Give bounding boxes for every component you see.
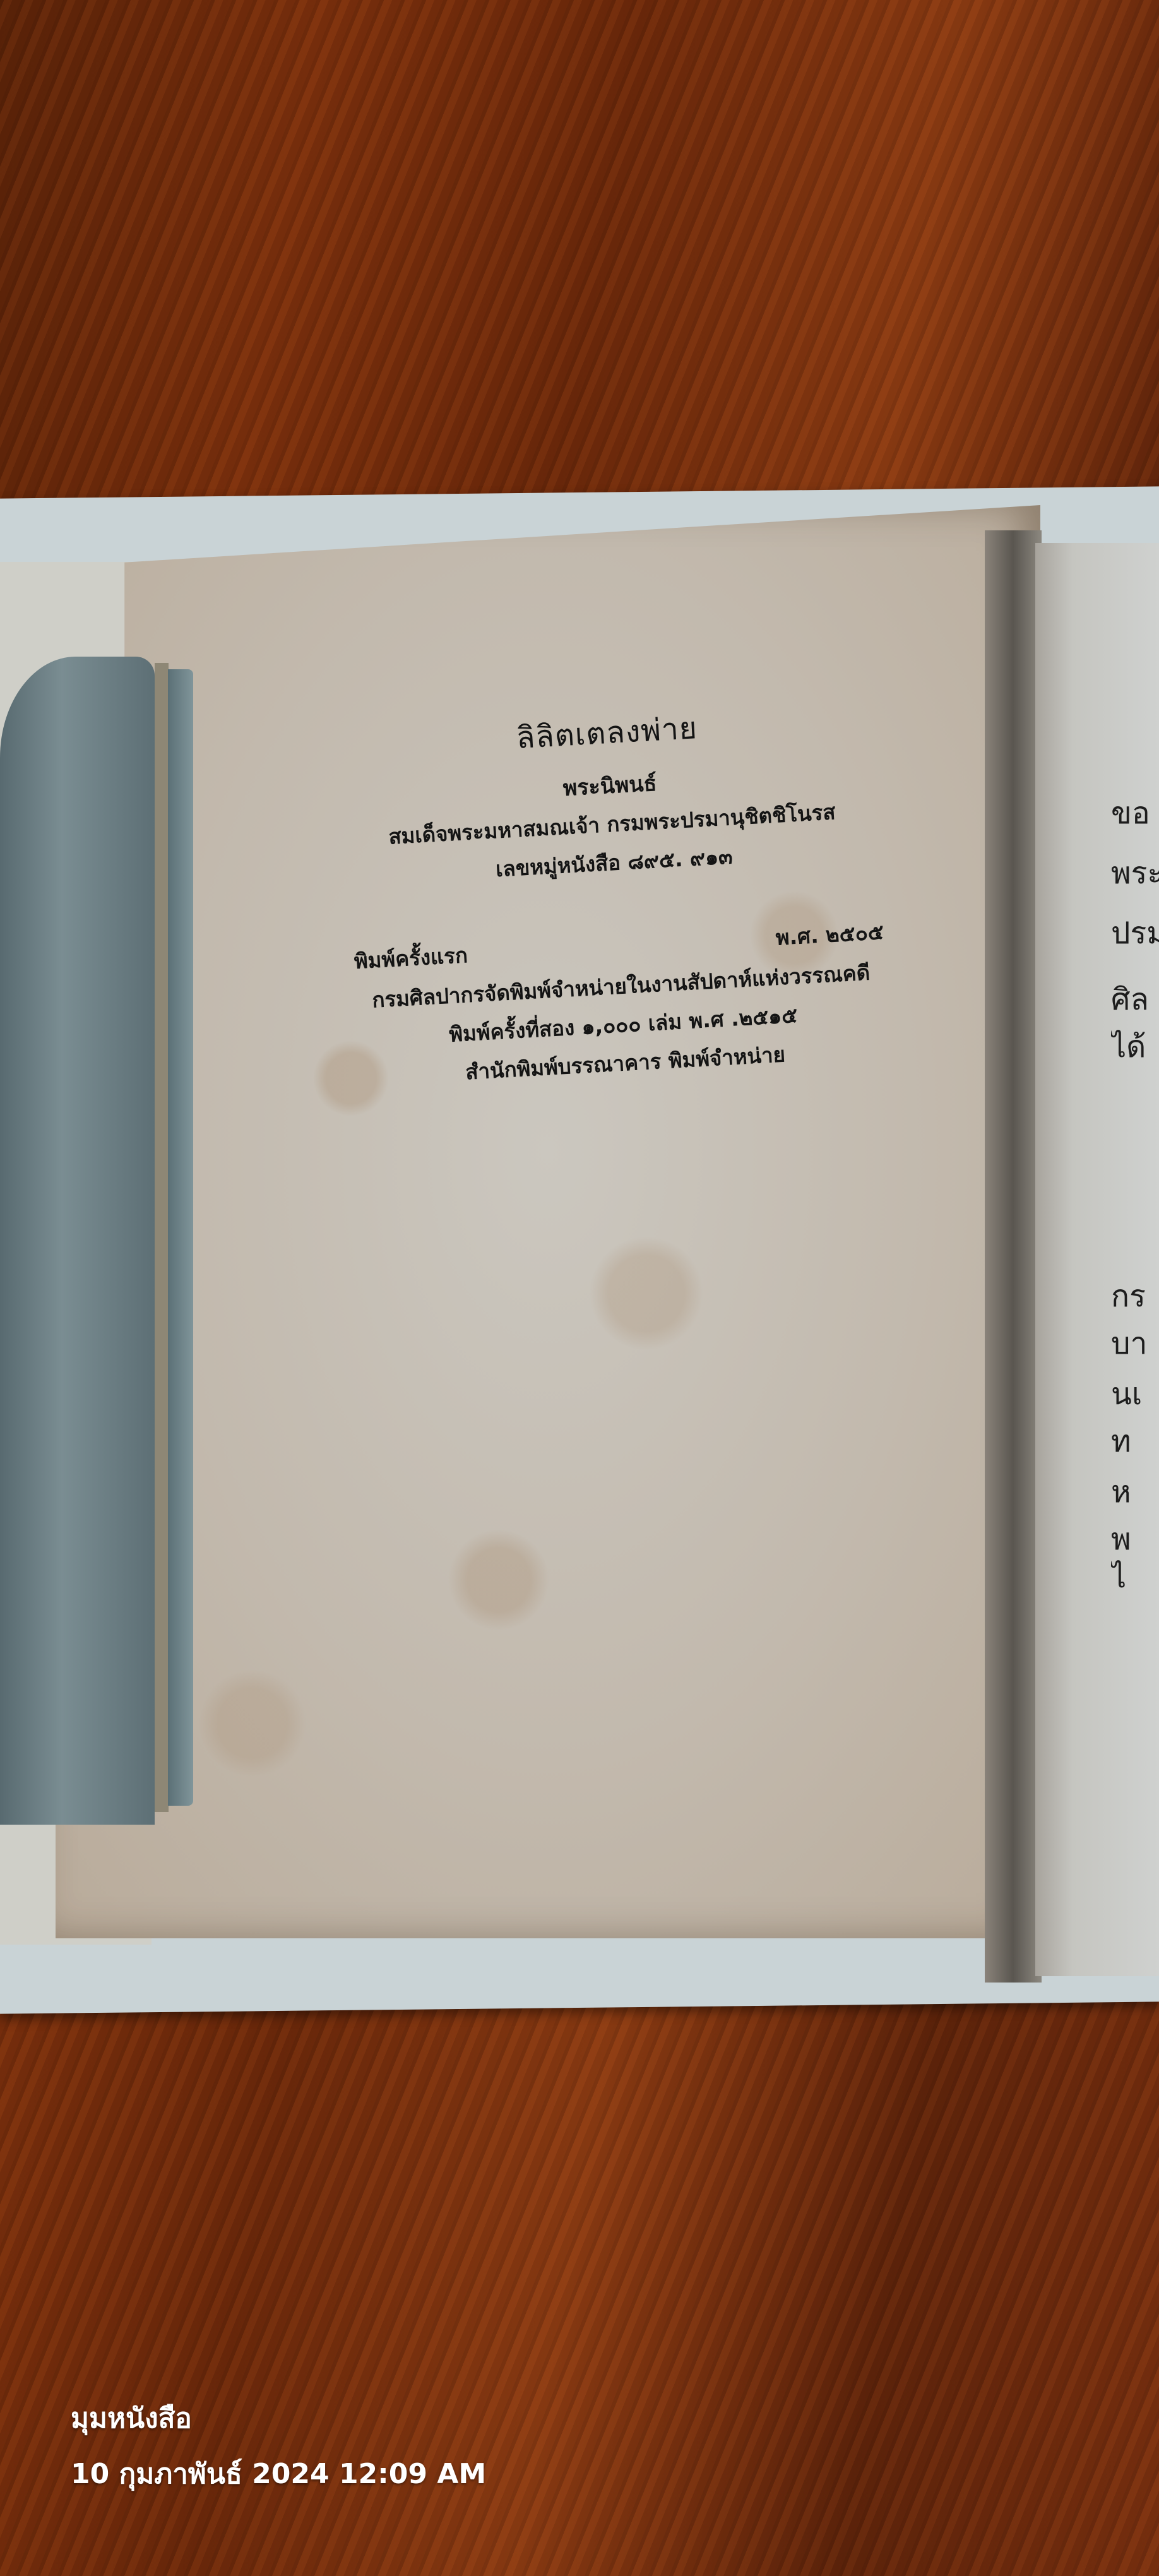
clip-rail [168, 669, 193, 1806]
colophon-text: ลิลิตเตลงพ่าย พระนิพนธ์ สมเด็จพระมหาสมณเ… [303, 692, 929, 1102]
album-name: มุมหนังสือ [71, 2396, 486, 2440]
facing-page-line: ขอ [1111, 789, 1159, 837]
photo-timestamp: 10 กุมภาพันธ์ 2024 12:09 AM [71, 2452, 486, 2496]
photo-overlay: มุมหนังสือ 10 กุมภาพันธ์ 2024 12:09 AM [71, 2396, 486, 2496]
clip-body [0, 657, 155, 1825]
facing-page-line: ห [1111, 1468, 1159, 1516]
facing-page-line: ศิล [1111, 975, 1159, 1023]
first-print-label: พิมพ์ครั้งแรก [353, 938, 468, 978]
facing-page-line: กร [1111, 1272, 1159, 1320]
facing-page-line: พระ [1111, 849, 1159, 897]
facing-page [1035, 543, 1159, 1976]
facing-page-line: นเ [1111, 1370, 1159, 1418]
facing-page-line: บา [1111, 1320, 1159, 1368]
clip-rail [155, 663, 169, 1812]
facing-page-line: ท [1111, 1417, 1159, 1465]
facing-page-line: ได้ [1111, 1023, 1159, 1071]
book-gutter [985, 530, 1042, 1983]
facing-page-line: ปรม [1111, 909, 1159, 957]
facing-page-line: ไ [1111, 1553, 1159, 1601]
metal-page-clip [0, 657, 189, 1825]
first-print-year: พ.ศ. ๒๕๐๕ [775, 915, 884, 954]
